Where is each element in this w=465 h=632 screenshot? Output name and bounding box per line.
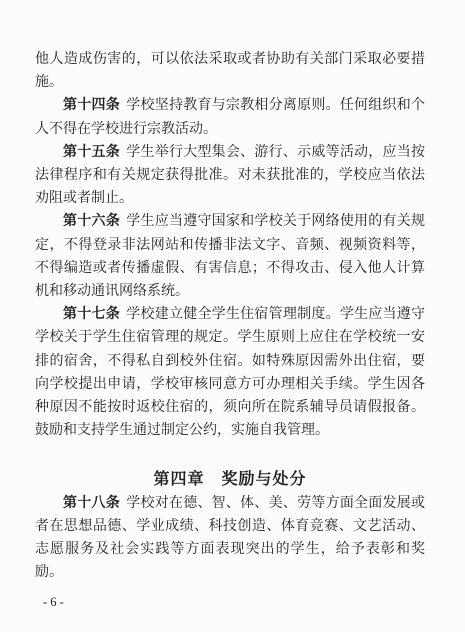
paragraph-text: 他人造成伤害的，可以依法采取或者协助有关部门采取必要措施。	[35, 52, 425, 90]
body-paragraph: 第十四条学校坚持教育与宗教相分离原则。任何组织和个人不得在学校进行宗教活动。	[35, 94, 425, 140]
paragraph-text: 学校建立健全学生住宿管理制度。学生应当遵守学校关于学生住宿管理的规定。学生原则上…	[35, 307, 425, 438]
document-page: 他人造成伤害的，可以依法采取或者协助有关部门采取必要措施。第十四条学校坚持教育与…	[0, 0, 465, 632]
body-paragraph: 第十五条学生举行大型集会、游行、示威等活动，应当按法律程序和有关规定获得批准。对…	[35, 141, 425, 211]
body-paragraph: 他人造成伤害的，可以依法采取或者协助有关部门采取必要措施。	[35, 48, 425, 94]
article-section: 他人造成伤害的，可以依法采取或者协助有关部门采取必要措施。第十四条学校坚持教育与…	[35, 48, 425, 442]
article-number-label: 第十八条	[63, 496, 120, 511]
article-number-label: 第十六条	[63, 214, 120, 229]
article-number-label: 第十四条	[63, 98, 120, 113]
body-paragraph: 第十六条学生应当遵守国家和学校关于网络使用的有关规定，不得登录非法网站和传播非法…	[35, 210, 425, 303]
article-number-label: 第十五条	[63, 145, 120, 160]
body-paragraph: 第十七条学校建立健全学生住宿管理制度。学生应当遵守学校关于学生住宿管理的规定。学…	[35, 303, 425, 442]
chapter-heading: 第四章 奖励与处分	[35, 468, 425, 491]
page-number: - 6 -	[43, 595, 64, 610]
article-number-label: 第十七条	[63, 307, 120, 322]
body-paragraph: 第十八条学校对在德、智、体、美、劳等方面全面发展或者在思想品德、学业成绩、科技创…	[35, 492, 425, 585]
article-section-after-heading: 第十八条学校对在德、智、体、美、劳等方面全面发展或者在思想品德、学业成绩、科技创…	[35, 492, 425, 585]
